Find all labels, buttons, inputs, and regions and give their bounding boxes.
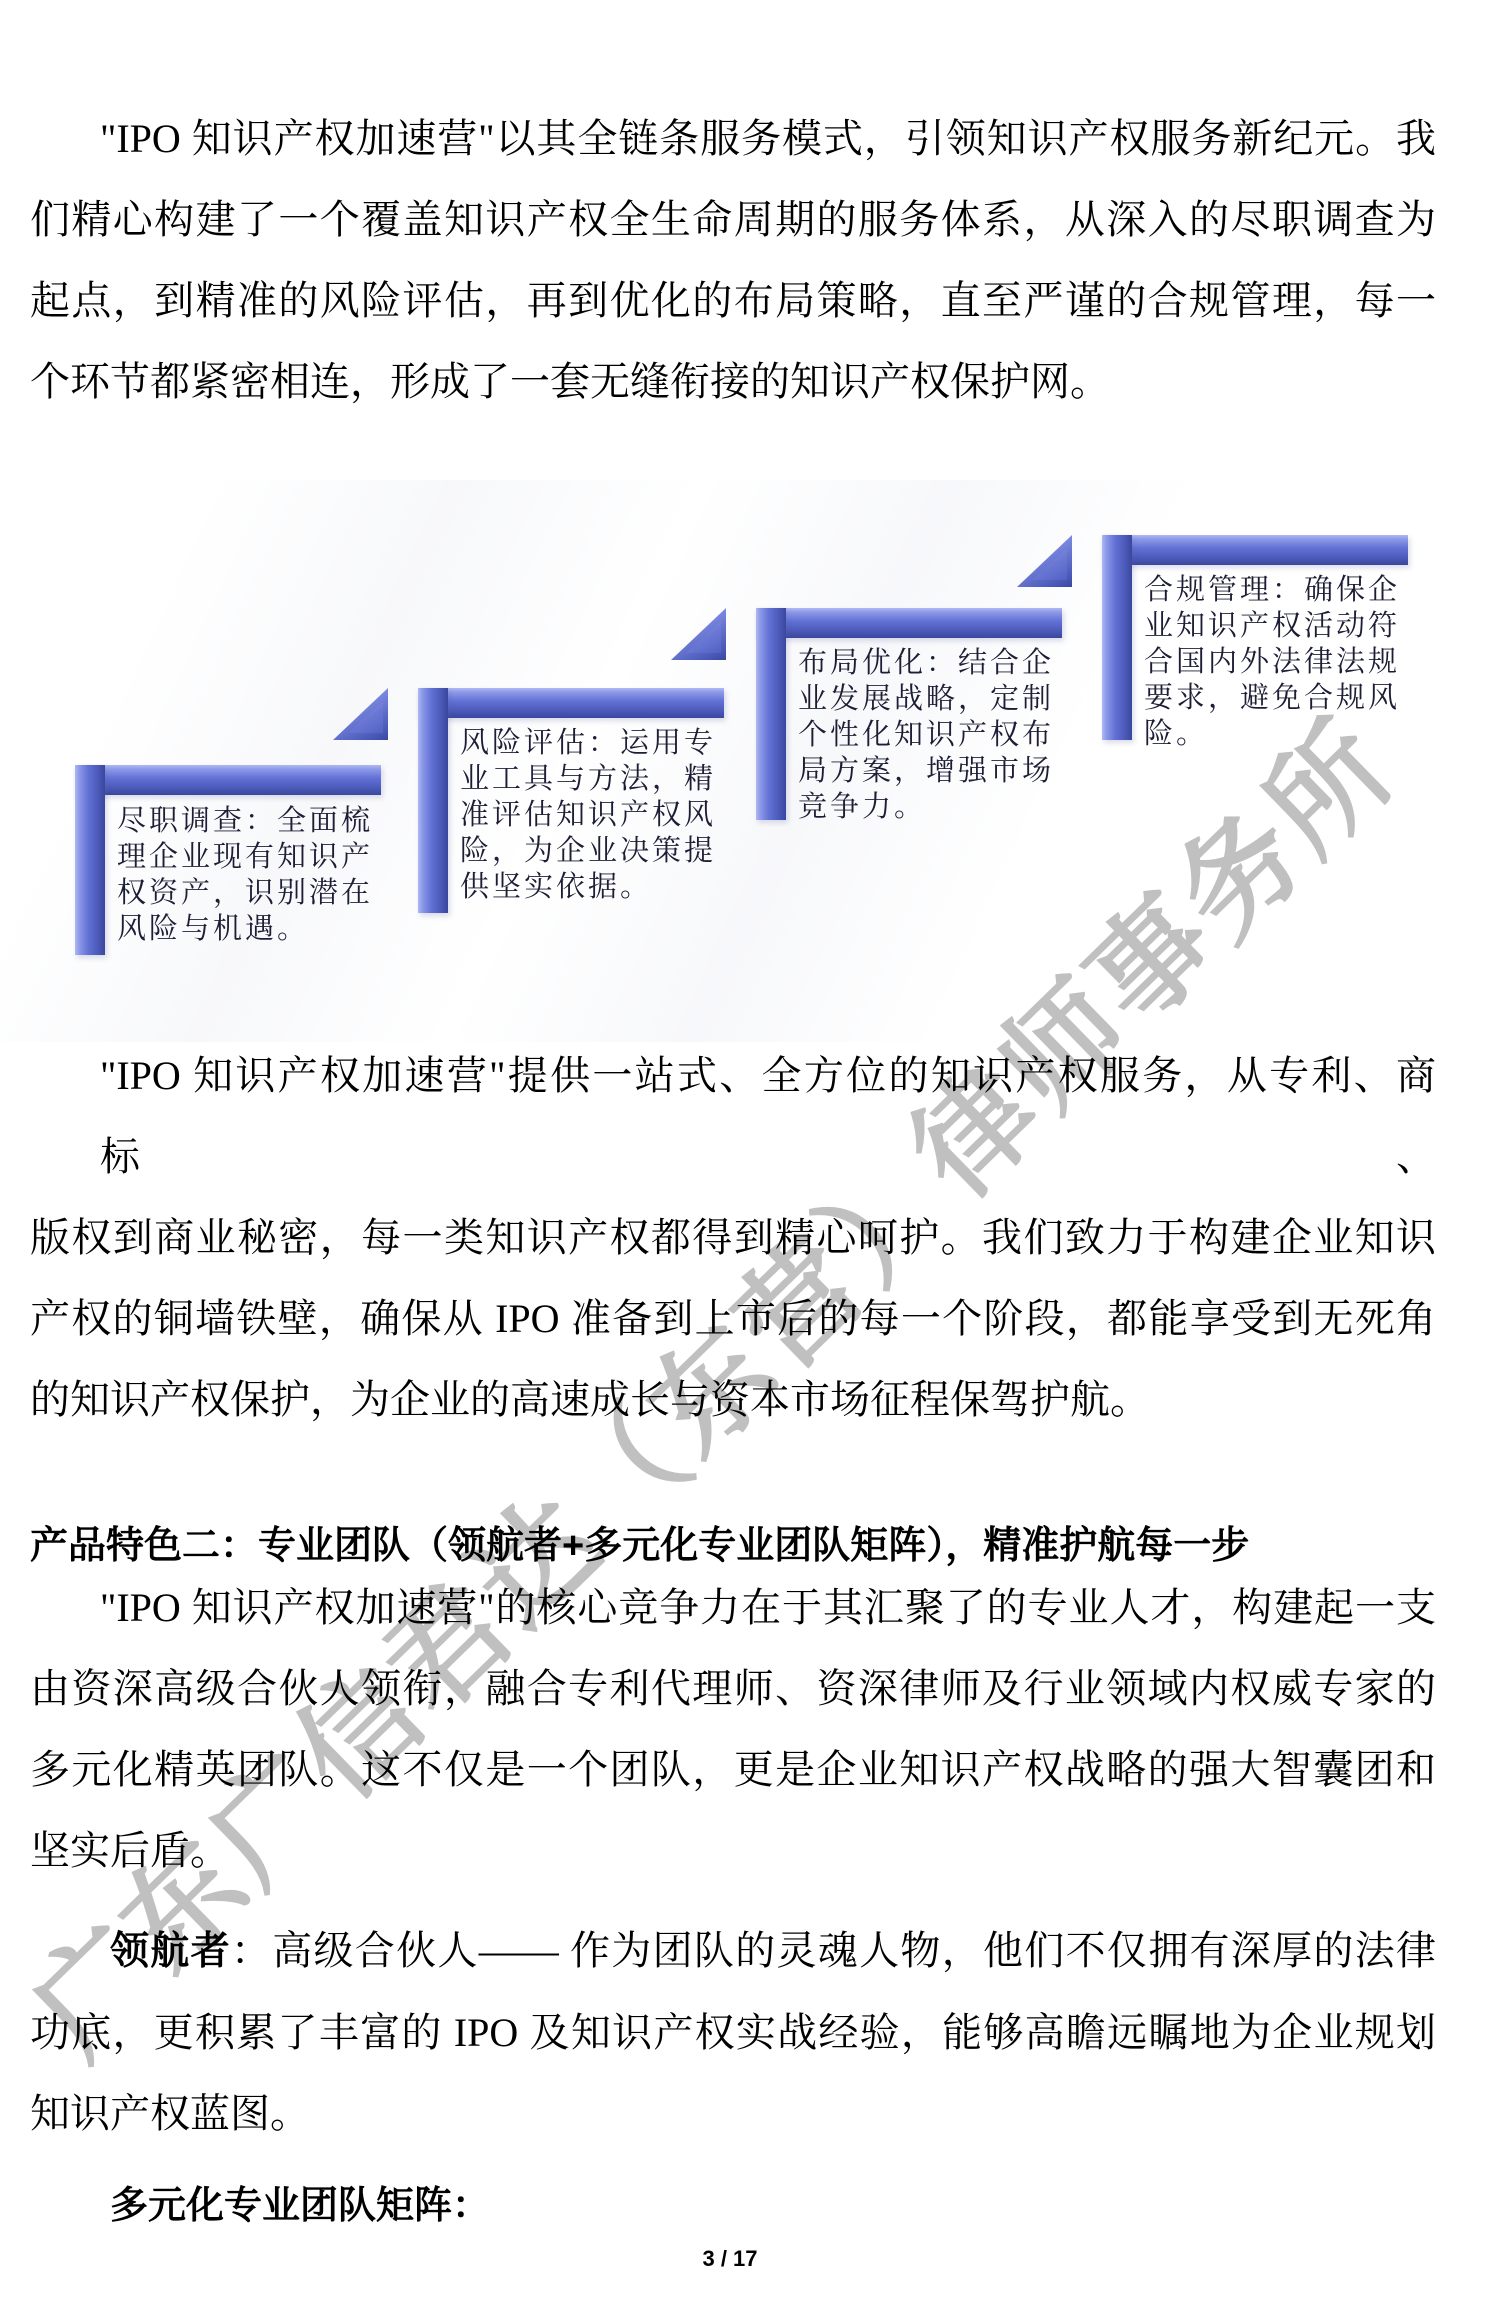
- step3-frame-top-bar: [756, 608, 1062, 638]
- text-line: 领航者：高级合伙人—— 作为团队的灵魂人物，他们不仅拥有深厚的法律: [30, 1910, 1436, 1992]
- text-line: 要求，避免合规风: [1144, 680, 1412, 716]
- step4-frame-top-bar: [1102, 535, 1408, 565]
- step1-frame-left-bar: [75, 765, 105, 955]
- text-line: 功底，更积累了丰富的 IPO 及知识产权实战经验，能够高瞻远瞩地为企业规划: [30, 1992, 1436, 2073]
- text-line: "IPO 知识产权加速营"的核心竞争力在于其汇聚了的专业人才，构建起一支: [30, 1567, 1436, 1648]
- text-line: 权资产，识别潜在: [117, 875, 385, 911]
- paragraph-professional-team: "IPO 知识产权加速营"的核心竞争力在于其汇聚了的专业人才，构建起一支 由资深…: [30, 1567, 1436, 1891]
- text-line: 业知识产权活动符: [1144, 608, 1412, 644]
- paragraph-one-stop-service: "IPO 知识产权加速营"提供一站式、全方位的知识产权服务，从专利、商标、 版权…: [30, 1035, 1436, 1440]
- step2-risk-assessment-text: 风险评估：运用专 业工具与方法，精 准评估知识产权风 险，为企业决策提 供坚实依…: [460, 725, 728, 905]
- text-line: 合规管理：确保企: [1144, 572, 1412, 608]
- step2-ramp-triangle-icon: [333, 688, 388, 740]
- text-line: 产权的铜墙铁壁，确保从 IPO 准备到上市后的每一个阶段，都能享受到无死角: [30, 1278, 1436, 1359]
- subheading-team-matrix: 多元化专业团队矩阵：: [30, 2166, 1436, 2247]
- step4-ramp-triangle-icon: [1017, 535, 1072, 587]
- text-line: 局方案，增强市场: [798, 753, 1066, 789]
- process-step-diagram: 尽职调查：全面梳 理企业现有知识产 权资产，识别潜在 风险与机遇。 风险评估：运…: [0, 480, 1500, 1042]
- step4-compliance-management-text: 合规管理：确保企 业知识产权活动符 合国内外法律法规 要求，避免合规风 险。: [1144, 572, 1412, 752]
- text-line: 合国内外法律法规: [1144, 644, 1412, 680]
- navigator-bold-lead: 领航者: [110, 1930, 231, 1973]
- text-line: 业发展战略，定制: [798, 681, 1066, 717]
- text-line: 知识产权蓝图。: [30, 2073, 1436, 2154]
- text-line: 坚实后盾。: [30, 1810, 1436, 1891]
- text-line: "IPO 知识产权加速营"以其全链条服务模式，引领知识产权服务新纪元。我: [30, 98, 1436, 179]
- text-line: 业工具与方法，精: [460, 761, 728, 797]
- step3-frame-left-bar: [756, 608, 786, 820]
- text-line: 个环节都紧密相连，形成了一套无缝衔接的知识产权保护网。: [30, 341, 1436, 422]
- step3-ramp-triangle-icon: [671, 608, 726, 660]
- paragraph-service-model: "IPO 知识产权加速营"以其全链条服务模式，引领知识产权服务新纪元。我 们精心…: [30, 98, 1436, 422]
- text-line: 多元化精英团队。这不仅是一个团队，更是企业知识产权战略的强大智囊团和: [30, 1729, 1436, 1810]
- paragraph-navigator: 领航者：高级合伙人—— 作为团队的灵魂人物，他们不仅拥有深厚的法律 功底，更积累…: [30, 1910, 1436, 2154]
- text-line: 理企业现有知识产: [117, 839, 385, 875]
- text-line: 竞争力。: [798, 789, 1066, 825]
- text-line: 版权到商业秘密，每一类知识产权都得到精心呵护。我们致力于构建企业知识: [30, 1197, 1436, 1278]
- page-number: 3 / 17: [0, 2246, 1460, 2272]
- text-line: 供坚实依据。: [460, 869, 728, 905]
- text-line: 尽职调查：全面梳: [117, 803, 385, 839]
- text-line: 个性化知识产权布: [798, 717, 1066, 753]
- text-line: 险，为企业决策提: [460, 833, 728, 869]
- text-line: 由资深高级合伙人领衔，融合专利代理师、资深律师及行业领域内权威专家的: [30, 1648, 1436, 1729]
- text-line: "IPO 知识产权加速营"提供一站式、全方位的知识产权服务，从专利、商标、: [30, 1035, 1436, 1197]
- step2-frame-top-bar: [418, 688, 724, 718]
- text-line: 风险与机遇。: [117, 911, 385, 947]
- step3-layout-optimization-text: 布局优化：结合企 业发展战略，定制 个性化知识产权布 局方案，增强市场 竞争力。: [798, 645, 1066, 825]
- text-line: 起点，到精准的风险评估，再到优化的布局策略，直至严谨的合规管理，每一: [30, 260, 1436, 341]
- step4-frame-left-bar: [1102, 535, 1132, 740]
- text-line: 的知识产权保护，为企业的高速成长与资本市场征程保驾护航。: [30, 1359, 1436, 1440]
- step2-frame-left-bar: [418, 688, 448, 913]
- text-line: 风险评估：运用专: [460, 725, 728, 761]
- text-line: 准评估知识产权风: [460, 797, 728, 833]
- text-line: 险。: [1144, 716, 1412, 752]
- text-line: 布局优化：结合企: [798, 645, 1066, 681]
- step1-frame-top-bar: [75, 765, 381, 795]
- text-run: ：高级合伙人—— 作为团队的灵魂人物，他们不仅拥有深厚的法律: [231, 1928, 1436, 1973]
- document-page: 广东广信君达（东营）律师事务所 "IPO 知识产权加速营"以其全链条服务模式，引…: [0, 0, 1500, 2322]
- text-line: 们精心构建了一个覆盖知识产权全生命周期的服务体系，从深入的尽职调查为: [30, 179, 1436, 260]
- step1-due-diligence-text: 尽职调查：全面梳 理企业现有知识产 权资产，识别潜在 风险与机遇。: [117, 803, 385, 947]
